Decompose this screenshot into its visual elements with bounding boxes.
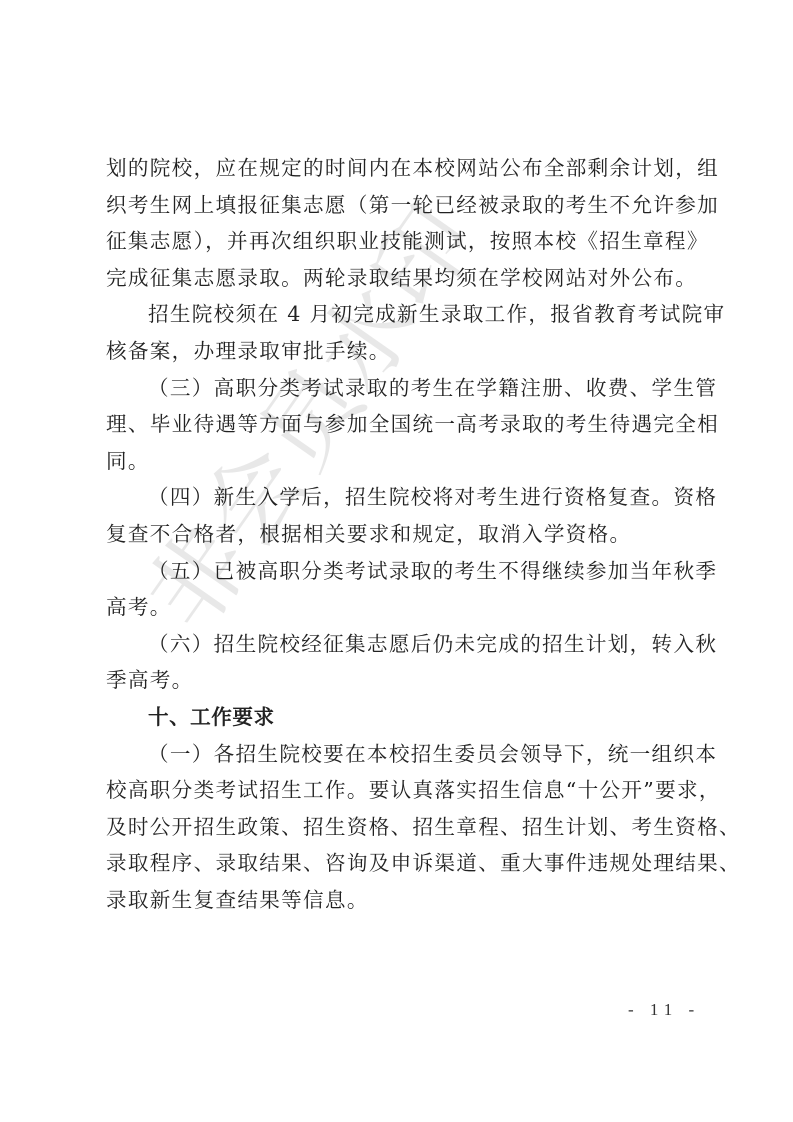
text-line: 录取新生复查结果等信息。 — [106, 882, 696, 919]
page-number: - 11 - — [628, 1000, 700, 1020]
text-line: 完成征集志愿录取。两轮录取结果均须在学校网站对外公布。 — [106, 260, 696, 297]
text-line: 复查不合格者，根据相关要求和规定，取消入学资格。 — [106, 516, 696, 553]
section-heading: 十、工作要求 — [106, 699, 696, 736]
text-line: 录取程序、录取结果、咨询及申诉渠道、重大事件违规处理结果、 — [106, 845, 696, 882]
document-page: 非会员水印 划的院校，应在规定的时间内在本校网站公布全部剩余计划，组织考生网上填… — [0, 0, 793, 1122]
text-line: （一）各招生院校要在本校招生委员会领导下，统一组织本 — [106, 736, 696, 773]
text-line: 高考。 — [106, 589, 696, 626]
text-line: 同。 — [106, 443, 696, 480]
text-line: （三）高职分类考试录取的考生在学籍注册、收费、学生管 — [106, 370, 696, 407]
text-line: （六）招生院校经征集志愿后仍未完成的招生计划，转入秋 — [106, 626, 696, 663]
text-line: 及时公开招生政策、招生资格、招生章程、招生计划、考生资格、 — [106, 809, 696, 846]
paragraph-group-admission: 划的院校，应在规定的时间内在本校网站公布全部剩余计划，组织考生网上填报征集志愿（… — [106, 150, 696, 699]
text-line: 织考生网上填报征集志愿（第一轮已经被录取的考生不允许参加 — [106, 187, 696, 224]
paragraph-group-work-requirements: （一）各招生院校要在本校招生委员会领导下，统一组织本校高职分类考试招生工作。要认… — [106, 736, 696, 919]
text-line: 征集志愿），并再次组织职业技能测试，按照本校《招生章程》 — [106, 223, 696, 260]
text-line: 理、毕业待遇等方面与参加全国统一高考录取的考生待遇完全相 — [106, 406, 696, 443]
text-line: （四）新生入学后，招生院校将对考生进行资格复查。资格 — [106, 479, 696, 516]
text-line: 招生院校须在 4 月初完成新生录取工作，报省教育考试院审 — [106, 296, 696, 333]
text-line: 校高职分类考试招生工作。要认真落实招生信息“十公开”要求， — [106, 772, 696, 809]
text-line: 季高考。 — [106, 662, 696, 699]
text-line: 划的院校，应在规定的时间内在本校网站公布全部剩余计划，组 — [106, 150, 696, 187]
text-line: 核备案，办理录取审批手续。 — [106, 333, 696, 370]
document-body: 划的院校，应在规定的时间内在本校网站公布全部剩余计划，组织考生网上填报征集志愿（… — [106, 150, 696, 918]
text-line: （五）已被高职分类考试录取的考生不得继续参加当年秋季 — [106, 553, 696, 590]
